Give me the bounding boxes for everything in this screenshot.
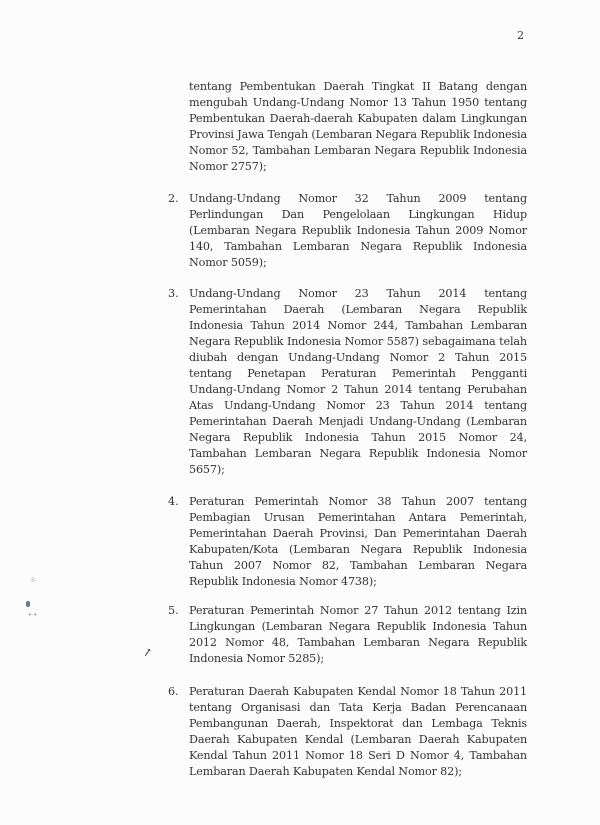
page-number: 2 bbox=[517, 29, 524, 42]
list-item-text: Undang-Undang Nomor 32 Tahun 2009 tentan… bbox=[189, 191, 527, 271]
list-item: 3. Undang-Undang Nomor 23 Tahun 2014 ten… bbox=[168, 286, 527, 478]
list-item-text: Undang-Undang Nomor 23 Tahun 2014 tentan… bbox=[189, 286, 527, 478]
scan-speck: • • bbox=[28, 612, 37, 619]
pen-mark: ↗ bbox=[142, 645, 153, 659]
list-item-number: 4. bbox=[168, 494, 188, 510]
scan-blot bbox=[26, 601, 30, 607]
scan-speck: s bbox=[31, 575, 35, 584]
list-item-text: Peraturan Daerah Kabupaten Kendal Nomor … bbox=[189, 684, 527, 780]
list-item: 6. Peraturan Daerah Kabupaten Kendal Nom… bbox=[168, 684, 527, 780]
list-item-text: Peraturan Pemerintah Nomor 27 Tahun 2012… bbox=[189, 603, 527, 667]
continuation-paragraph: tentang Pembentukan Daerah Tingkat II Ba… bbox=[189, 79, 527, 175]
list-item-number: 5. bbox=[168, 603, 188, 619]
scanned-document-page: 2 tentang Pembentukan Daerah Tingkat II … bbox=[0, 0, 600, 825]
list-item: 2. Undang-Undang Nomor 32 Tahun 2009 ten… bbox=[168, 191, 527, 271]
list-item-number: 3. bbox=[168, 286, 188, 302]
list-item-text: Peraturan Pemerintah Nomor 38 Tahun 2007… bbox=[189, 494, 527, 590]
list-item: 5. Peraturan Pemerintah Nomor 27 Tahun 2… bbox=[168, 603, 527, 667]
list-item-number: 6. bbox=[168, 684, 188, 700]
list-item-number: 2. bbox=[168, 191, 188, 207]
list-item: 4. Peraturan Pemerintah Nomor 38 Tahun 2… bbox=[168, 494, 527, 590]
